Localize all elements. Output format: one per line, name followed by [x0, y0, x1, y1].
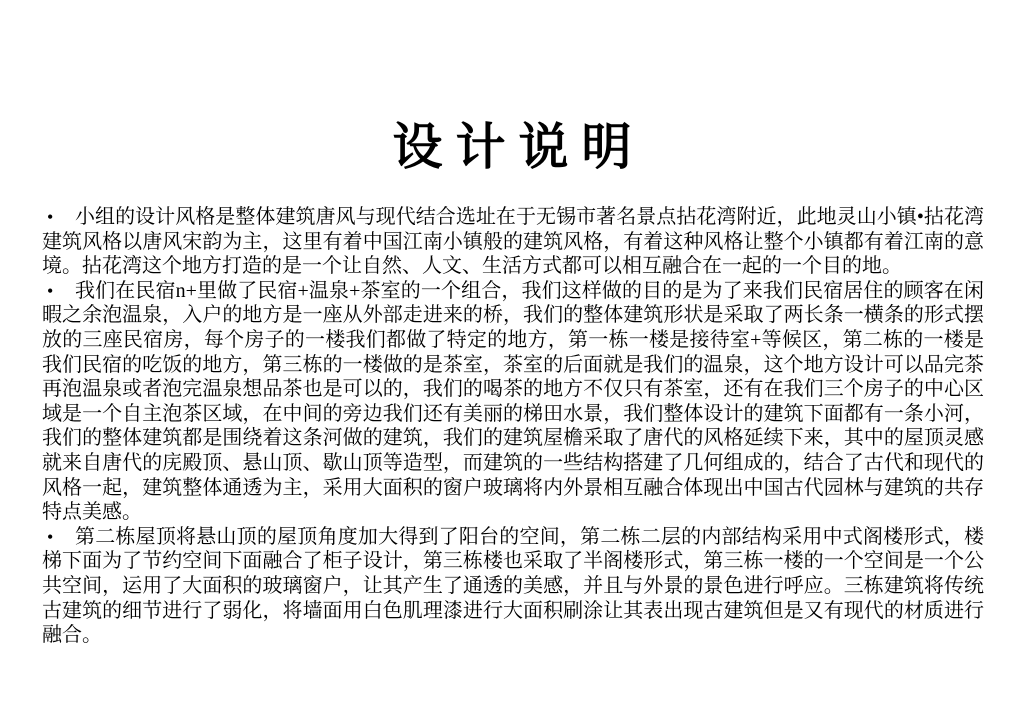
paragraph-text: 小组的设计风格是整体建筑唐风与现代结合选址在于无锡市著名景点拈花湾附近，此地灵山… — [42, 206, 984, 277]
slide: 设计说明 •小组的设计风格是整体建筑唐风与现代结合选址在于无锡市著名景点拈花湾附… — [0, 0, 1024, 724]
bullet-marker: • — [47, 205, 53, 230]
bullet-marker: • — [47, 525, 53, 550]
bullet-paragraph-roof-interior: •第二栋屋顶将悬山顶的屋顶角度加大得到了阳台的空间，第二栋二层的内部结构采用中式… — [42, 525, 984, 648]
paragraph-text: 我们在民宿n+里做了民宿+温泉+茶室的一个组合，我们这样做的目的是为了来我们民宿… — [42, 280, 984, 523]
page-title: 设计说明 — [0, 0, 1024, 175]
bullet-marker: • — [47, 279, 53, 304]
bullet-paragraph-homestay-layout: •我们在民宿n+里做了民宿+温泉+茶室的一个组合，我们这样做的目的是为了来我们民… — [42, 279, 984, 525]
paragraph-text: 第二栋屋顶将悬山顶的屋顶角度加大得到了阳台的空间，第二栋二层的内部结构采用中式阁… — [42, 526, 984, 646]
bullet-paragraph-design-style: •小组的设计风格是整体建筑唐风与现代结合选址在于无锡市著名景点拈花湾附近，此地灵… — [42, 205, 984, 279]
content-area: •小组的设计风格是整体建筑唐风与现代结合选址在于无锡市著名景点拈花湾附近，此地灵… — [42, 205, 984, 648]
